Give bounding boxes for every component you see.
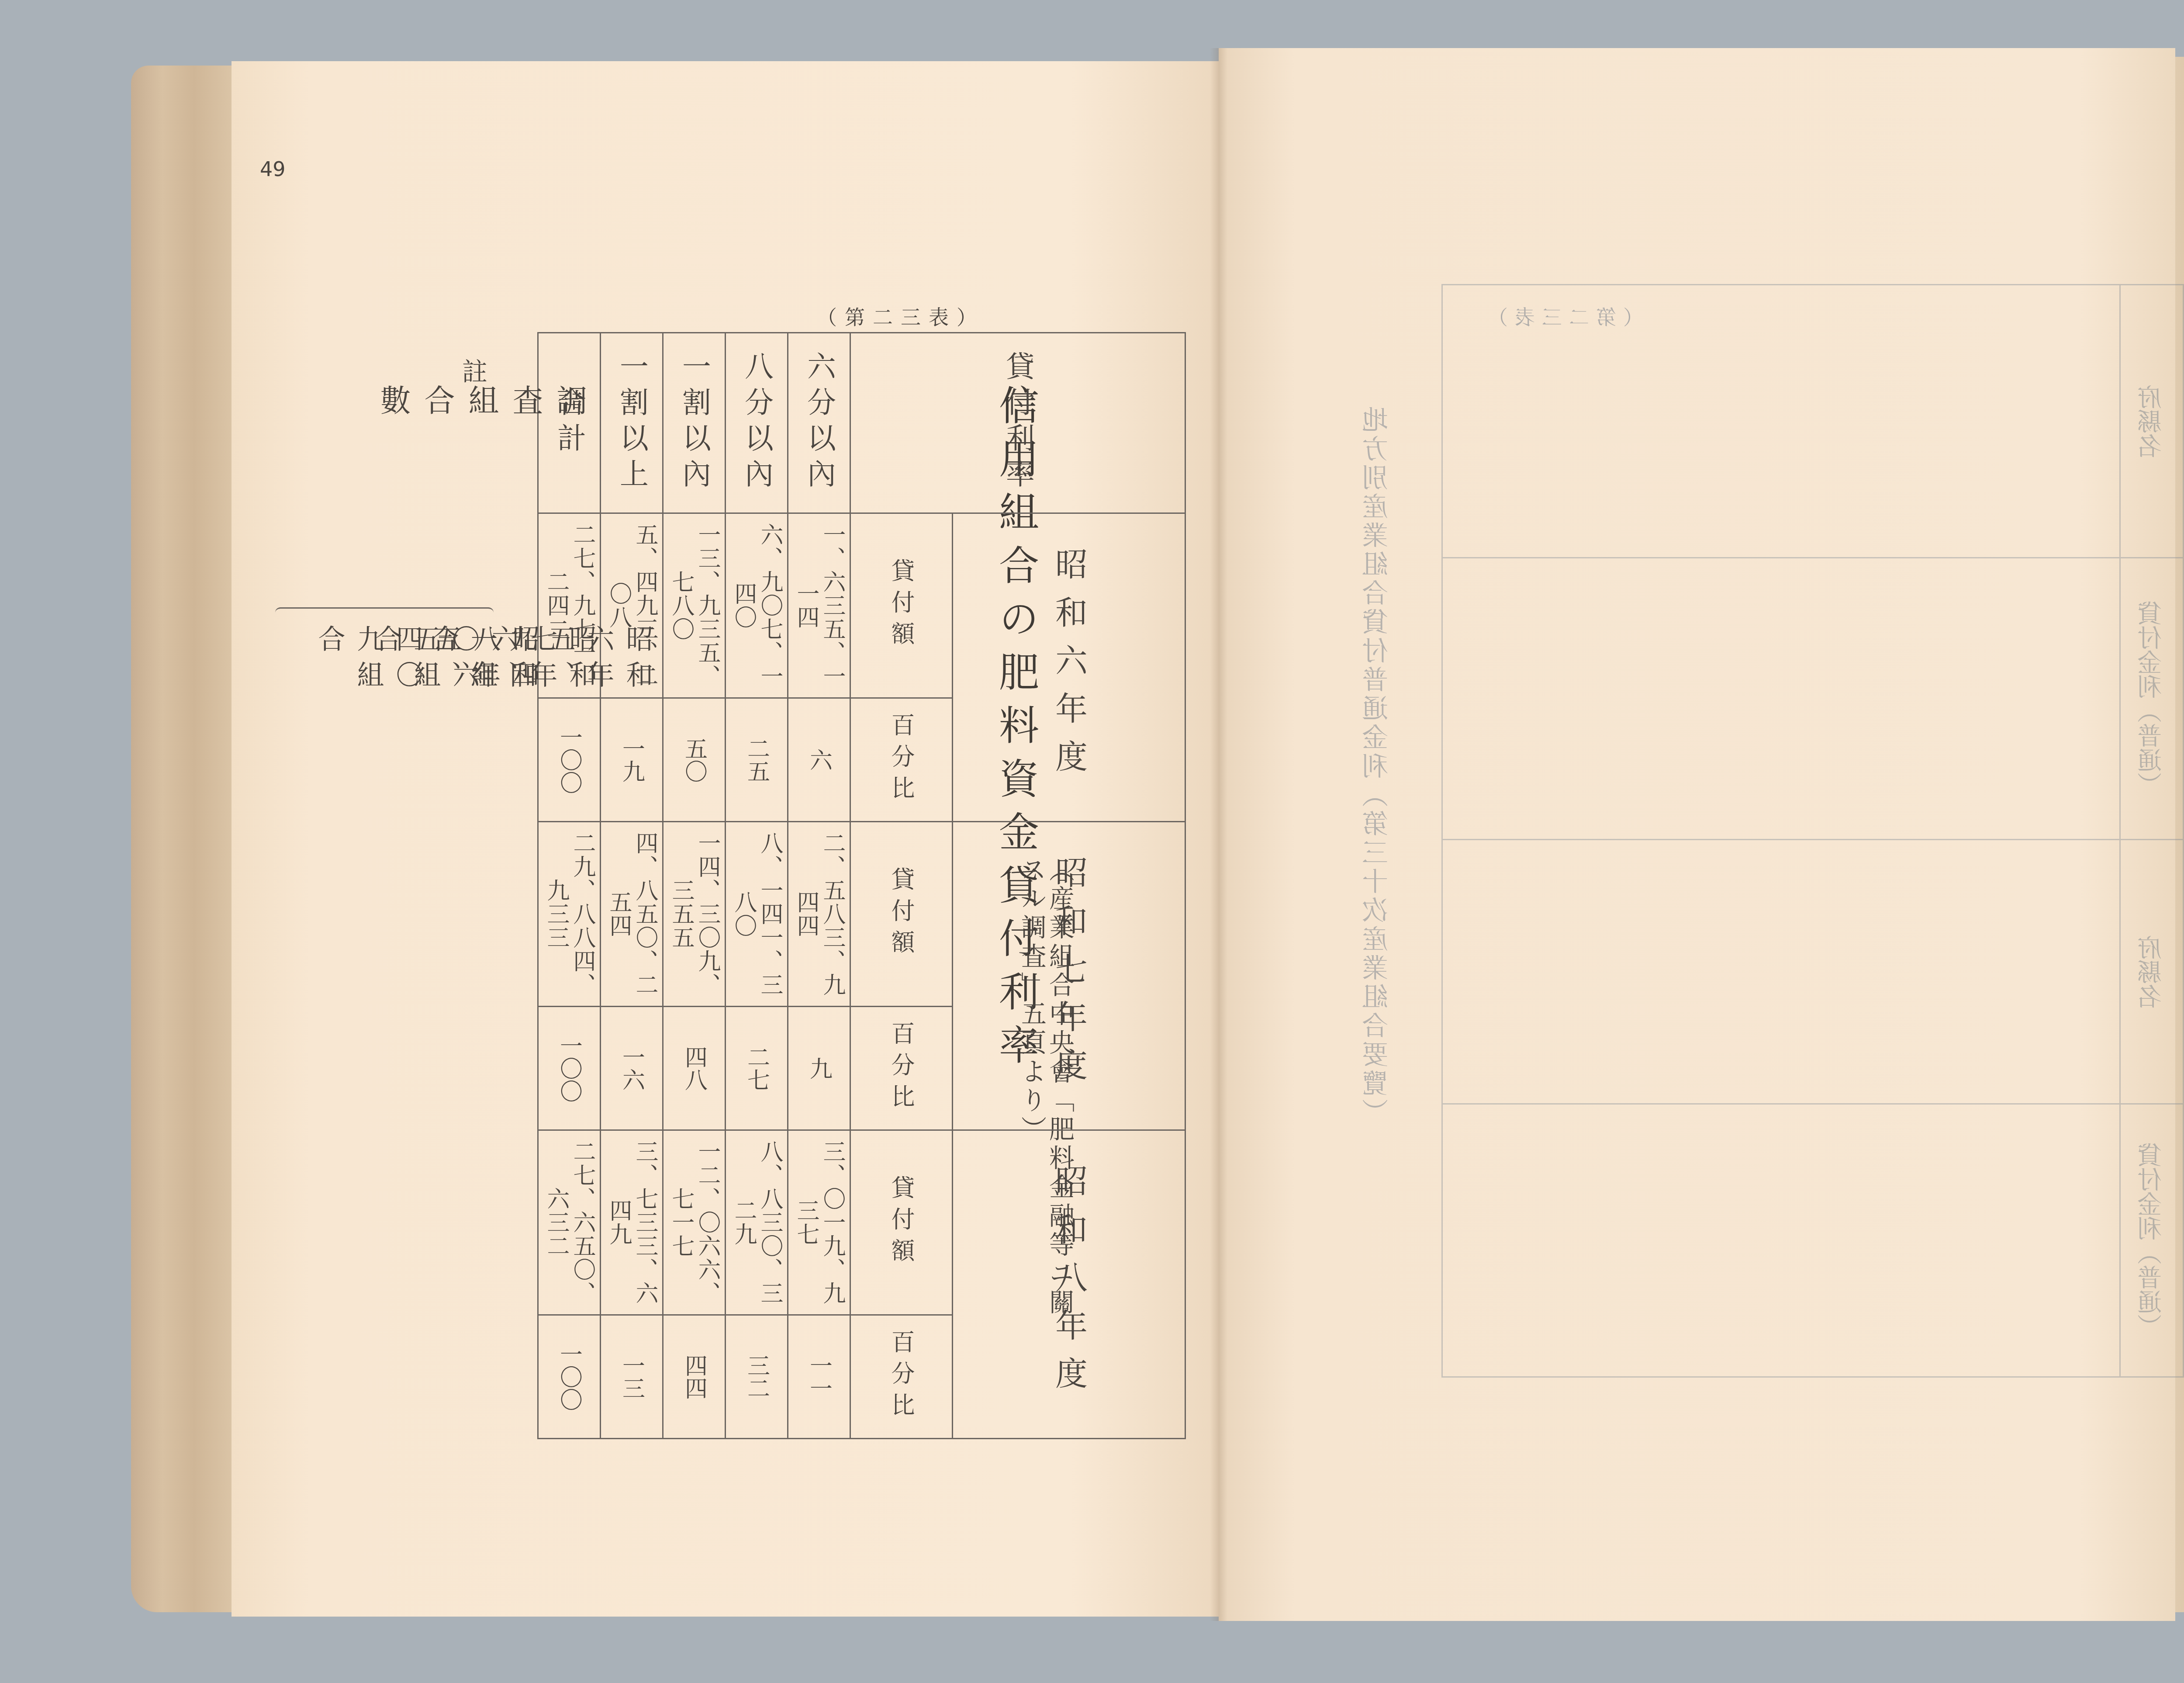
bleed-header: 貸付金利（普通） <box>2120 558 2184 840</box>
book-gutter <box>1210 48 1227 1621</box>
cell-percent: 一一 <box>788 1315 850 1439</box>
header-rate: 貸付利率 <box>850 333 1185 513</box>
cell-percent: 一〇〇 <box>538 1315 601 1439</box>
cell-percent: 三二 <box>726 1315 788 1439</box>
book-page-edges-left <box>131 66 236 1612</box>
cell-amount: 二、五八三、九四四 <box>788 822 850 1007</box>
row-year: 昭和八年度 <box>953 1130 1185 1439</box>
cell-percent: 五〇 <box>663 698 726 822</box>
cell-amount: 一四、三〇九、三五五 <box>663 822 726 1007</box>
note-count: 五、四〇九組合 <box>314 625 462 696</box>
cell-amount: 一二、〇六六、七一七 <box>663 1130 726 1315</box>
note-heading: 調査組合數 <box>371 384 592 427</box>
row-kind-amount: 貸付額 <box>850 513 953 698</box>
cell-amount: 二九、八八四、九三三 <box>538 822 601 1007</box>
page-number: 49 <box>260 157 286 181</box>
cell-amount: 四、八五〇、二五四 <box>601 822 663 1007</box>
cell-percent: 一〇〇 <box>538 1007 601 1130</box>
bleed-title: 地方別産業組合貸付普通金利（第三十次産業組合要覽） <box>1358 406 1396 1127</box>
cell-amount: 二七、六五〇、六三二 <box>538 1130 601 1315</box>
cell-percent: 四八 <box>663 1007 726 1130</box>
cell-percent: 二七 <box>726 1007 788 1130</box>
note-brace <box>275 607 494 619</box>
cell-amount: 六、九〇七、一四〇 <box>726 513 788 698</box>
table-row: 二九、八八四、九三三 四、八五〇、二五四 一四、三〇九、三五五 八、一四一、三八… <box>538 822 1185 1007</box>
cell-amount: 八、一四一、三八〇 <box>726 822 788 1007</box>
bleed-header: 府縣名 <box>2120 285 2184 558</box>
cell-percent: 四四 <box>663 1315 726 1439</box>
bleed-through-table: 府縣名 貸付金利（普通） 府縣名 貸付金利（普通） <box>1441 284 2184 1376</box>
row-year: 昭和七年度 <box>953 822 1185 1130</box>
note-year: 昭和八年 <box>469 625 540 696</box>
row-kind-percent: 百分比 <box>850 1315 953 1439</box>
bleed-header: 貸付金利（普通） <box>2120 1104 2184 1377</box>
cell-percent: 六 <box>788 698 850 822</box>
row-kind-percent: 百分比 <box>850 1007 953 1130</box>
loan-rate-table: 合計 一割以上 一割以內 八分以內 六分以內 貸付利率 二七、九七一、二四二 五… <box>537 332 1186 1439</box>
note-mark: 註 <box>454 358 491 384</box>
header-within-10: 一割以內 <box>663 333 726 513</box>
table-label: （第二三表） <box>817 301 985 330</box>
cell-percent: 二五 <box>726 698 788 822</box>
header-over-10: 一割以上 <box>601 333 663 513</box>
table-header-row: 合計 一割以上 一割以內 八分以內 六分以內 貸付利率 <box>538 333 1185 513</box>
row-kind-amount: 貸付額 <box>850 1130 953 1315</box>
cell-percent: 一三 <box>601 1315 663 1439</box>
cell-amount: 三、七三三、六四九 <box>601 1130 663 1315</box>
header-within-6: 六分以內 <box>788 333 850 513</box>
row-kind-percent: 百分比 <box>850 698 953 822</box>
cell-percent: 一六 <box>601 1007 663 1130</box>
row-year: 昭和六年度 <box>953 513 1185 822</box>
cell-amount: 一、六三五、一一四 <box>788 513 850 698</box>
table-row: 二七、六五〇、六三二 三、七三三、六四九 一二、〇六六、七一七 八、八三〇、三二… <box>538 1130 1185 1315</box>
header-within-8: 八分以內 <box>726 333 788 513</box>
row-kind-amount: 貸付額 <box>850 822 953 1007</box>
cell-percent: 九 <box>788 1007 850 1130</box>
bleed-header: 府縣名 <box>2120 840 2184 1104</box>
note-item: 昭和八年 五、四〇九組合 <box>310 625 543 696</box>
cell-amount: 一三、九三五、七八〇 <box>663 513 726 698</box>
cell-amount: 八、八三〇、三二九 <box>726 1130 788 1315</box>
cell-amount: 三、〇一九、九三七 <box>788 1130 850 1315</box>
